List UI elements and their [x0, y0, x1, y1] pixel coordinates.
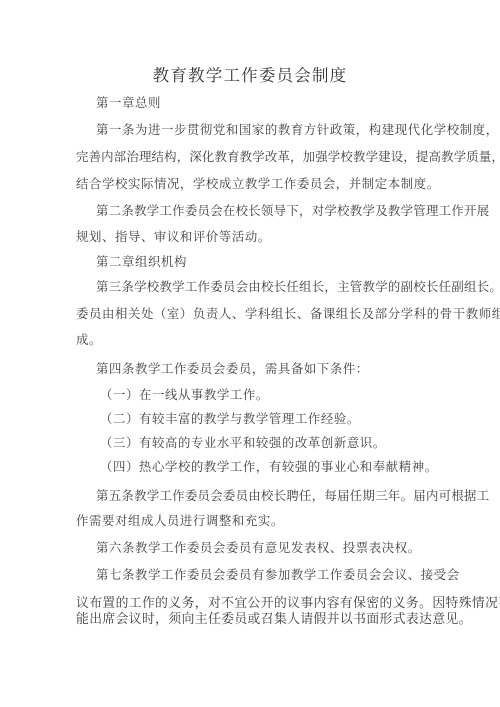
article3-line3: 成。 — [76, 333, 102, 347]
document-title: 教育教学工作委员会制度 — [0, 67, 500, 85]
document-page: 教育教学工作委员会制度 第一章总则 第一条为进一步贯彻党和国家的教育方针政策，构… — [0, 0, 500, 707]
article5-line1: 第五条教学工作委员会委员由校长聘任，每届任期三年。届内可根据工 — [96, 489, 489, 503]
article7-line3: 能出席会议时，须向主任委员或召集人请假并以书面形式表达意见。 — [76, 613, 472, 627]
article1-line2: 完善内部治理结构，深化教育教学改革，加强学校教学建设，提高教学质量， — [76, 150, 500, 164]
article1-line1: 第一条为进一步贯彻党和国家的教育方针政策，构建现代化学校制度， — [96, 123, 499, 137]
article2-line1: 第二条教学工作委员会在校长领导下，对学校教学及教学管理工作开展 — [96, 204, 489, 218]
article4-item2: （二）有较丰富的教学与教学管理工作经验。 — [100, 412, 360, 426]
article3-line2: 委员由相关处（室）负责人、学科组长、备课组长及部分学科的骨干教师组 — [76, 307, 500, 321]
chapter1-heading: 第一章总则 — [96, 96, 161, 110]
chapter2-heading: 第二章组织机构 — [96, 255, 187, 269]
article7-line2: 议布置的工作的义务，对不宜公开的议事内容有保密的义务。因特殊情况不 — [76, 597, 500, 611]
article5-line2: 作需要对组成人员进行调整和充实。 — [76, 514, 284, 528]
article6-line1: 第六条教学工作委员会委员有意见发表权、投票表决权。 — [96, 541, 421, 555]
article4-item3: （三）有较高的专业水平和较强的改革创新意识。 — [100, 436, 386, 450]
article2-line2: 规划、指导、审议和评价等活动。 — [76, 230, 271, 244]
article1-line3: 结合学校实际情况，学校成立教学工作委员会，并制定本制度。 — [76, 177, 440, 191]
article7-line1: 第七条教学工作委员会委员有参加教学工作委员会会议、接受会 — [96, 568, 460, 582]
article4-item4: （四）热心学校的教学工作，有较强的事业心和奉献精神。 — [100, 460, 438, 474]
article4-item1: （一）在一线从事教学工作。 — [100, 388, 269, 402]
article3-line1: 第三条学校教学工作委员会由校长任组长，主管教学的副校长任副组长。 — [96, 280, 500, 294]
article4-intro: 第四条教学工作委员会委员，需具备如下条件： — [96, 362, 369, 376]
